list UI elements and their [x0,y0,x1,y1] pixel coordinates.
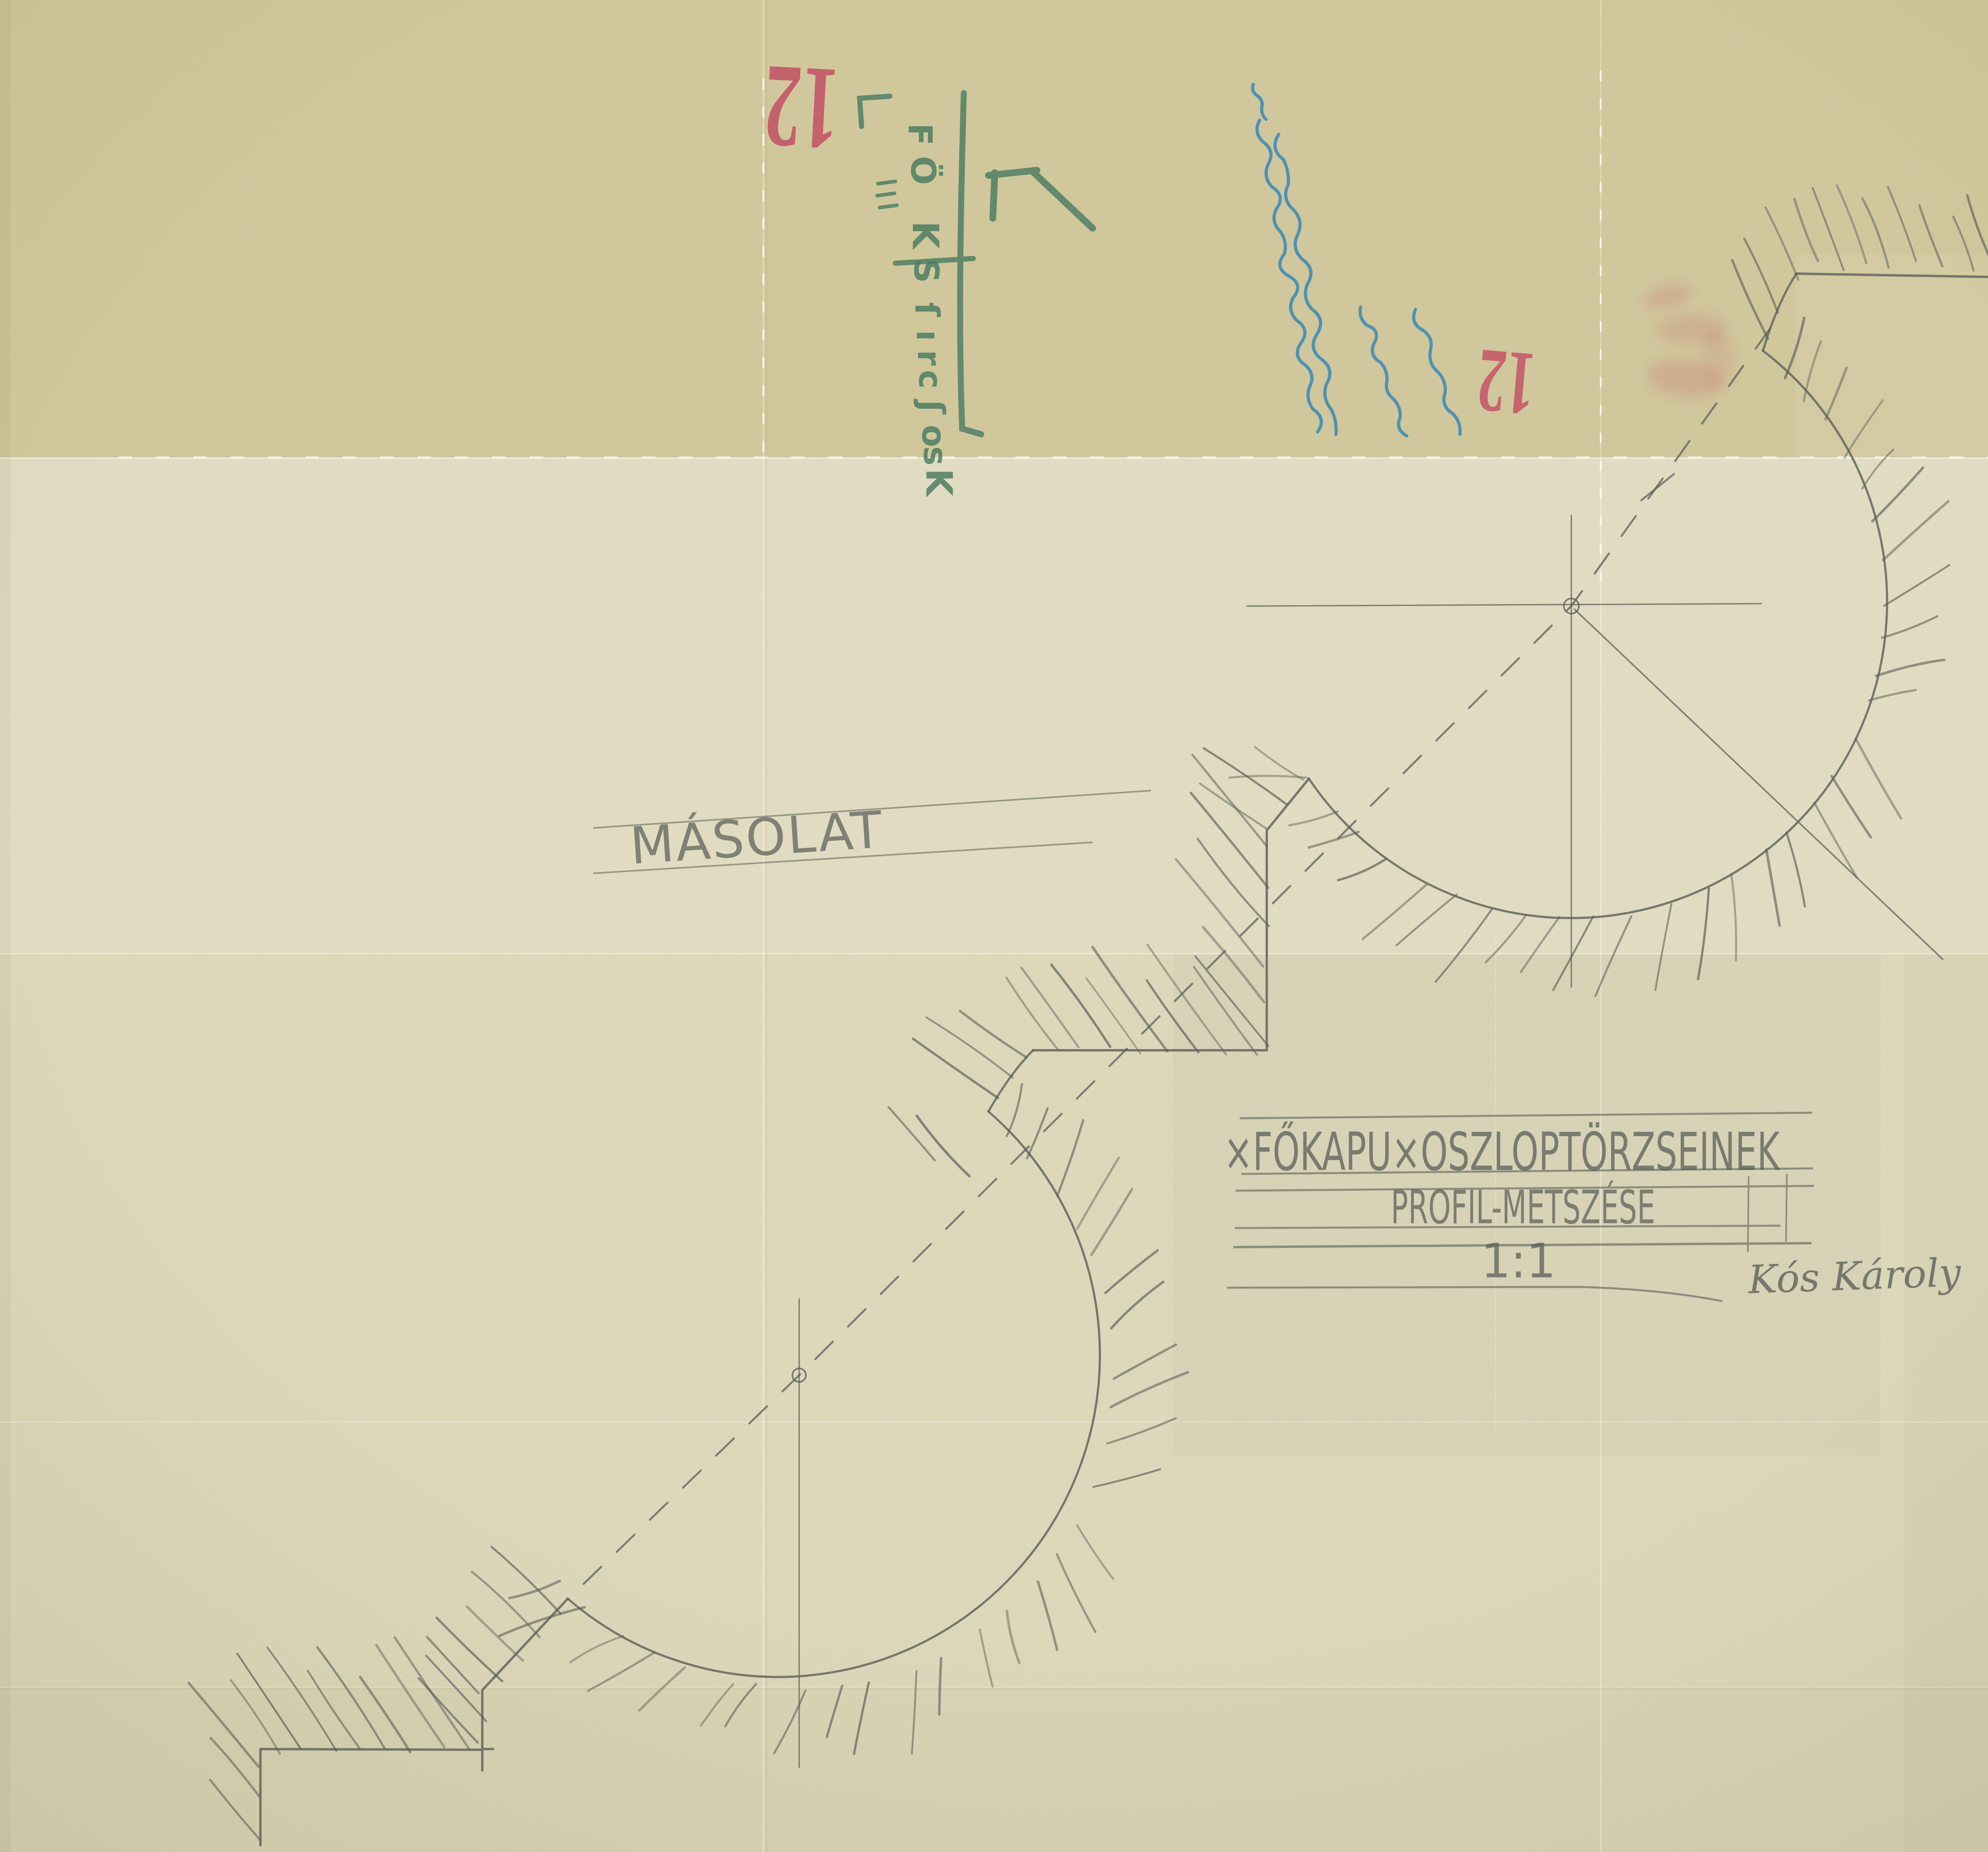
green-glyph: Ö [903,156,943,185]
paper-background [0,0,1988,1852]
red-stamp-12-top-left: 12 [761,40,842,176]
green-glyph: ı [909,330,946,341]
green-glyph: o [914,425,952,447]
green-glyph: s [916,446,954,466]
green-glyph: ʃ [913,399,952,415]
red-stamp-12-center: 12 [1474,330,1539,435]
green-glyph: S [906,258,946,283]
scanned-drawing-sheet: MÁSOLAT ×FŐKAPU×OSZLOPTÖRZSEINEK PROFIL-… [0,0,1988,1852]
paper-grain-texture [0,0,1988,1852]
green-glyph: c [912,370,949,389]
title-line-1: ×FŐKAPU×OSZLOPTÖRZSEINEK [1224,1121,1780,1183]
green-glyph: K [918,468,959,497]
green-glyph: r [911,350,947,366]
green-glyph: F [901,123,939,146]
architect-signature: Kós Károly [1747,1250,1963,1303]
title-line-2: PROFIL-METSZÉSE [1391,1180,1655,1234]
green-glyph: ſ [907,302,946,317]
scale-label: 1:1 [1481,1234,1556,1289]
green-glyph: K [904,221,946,250]
